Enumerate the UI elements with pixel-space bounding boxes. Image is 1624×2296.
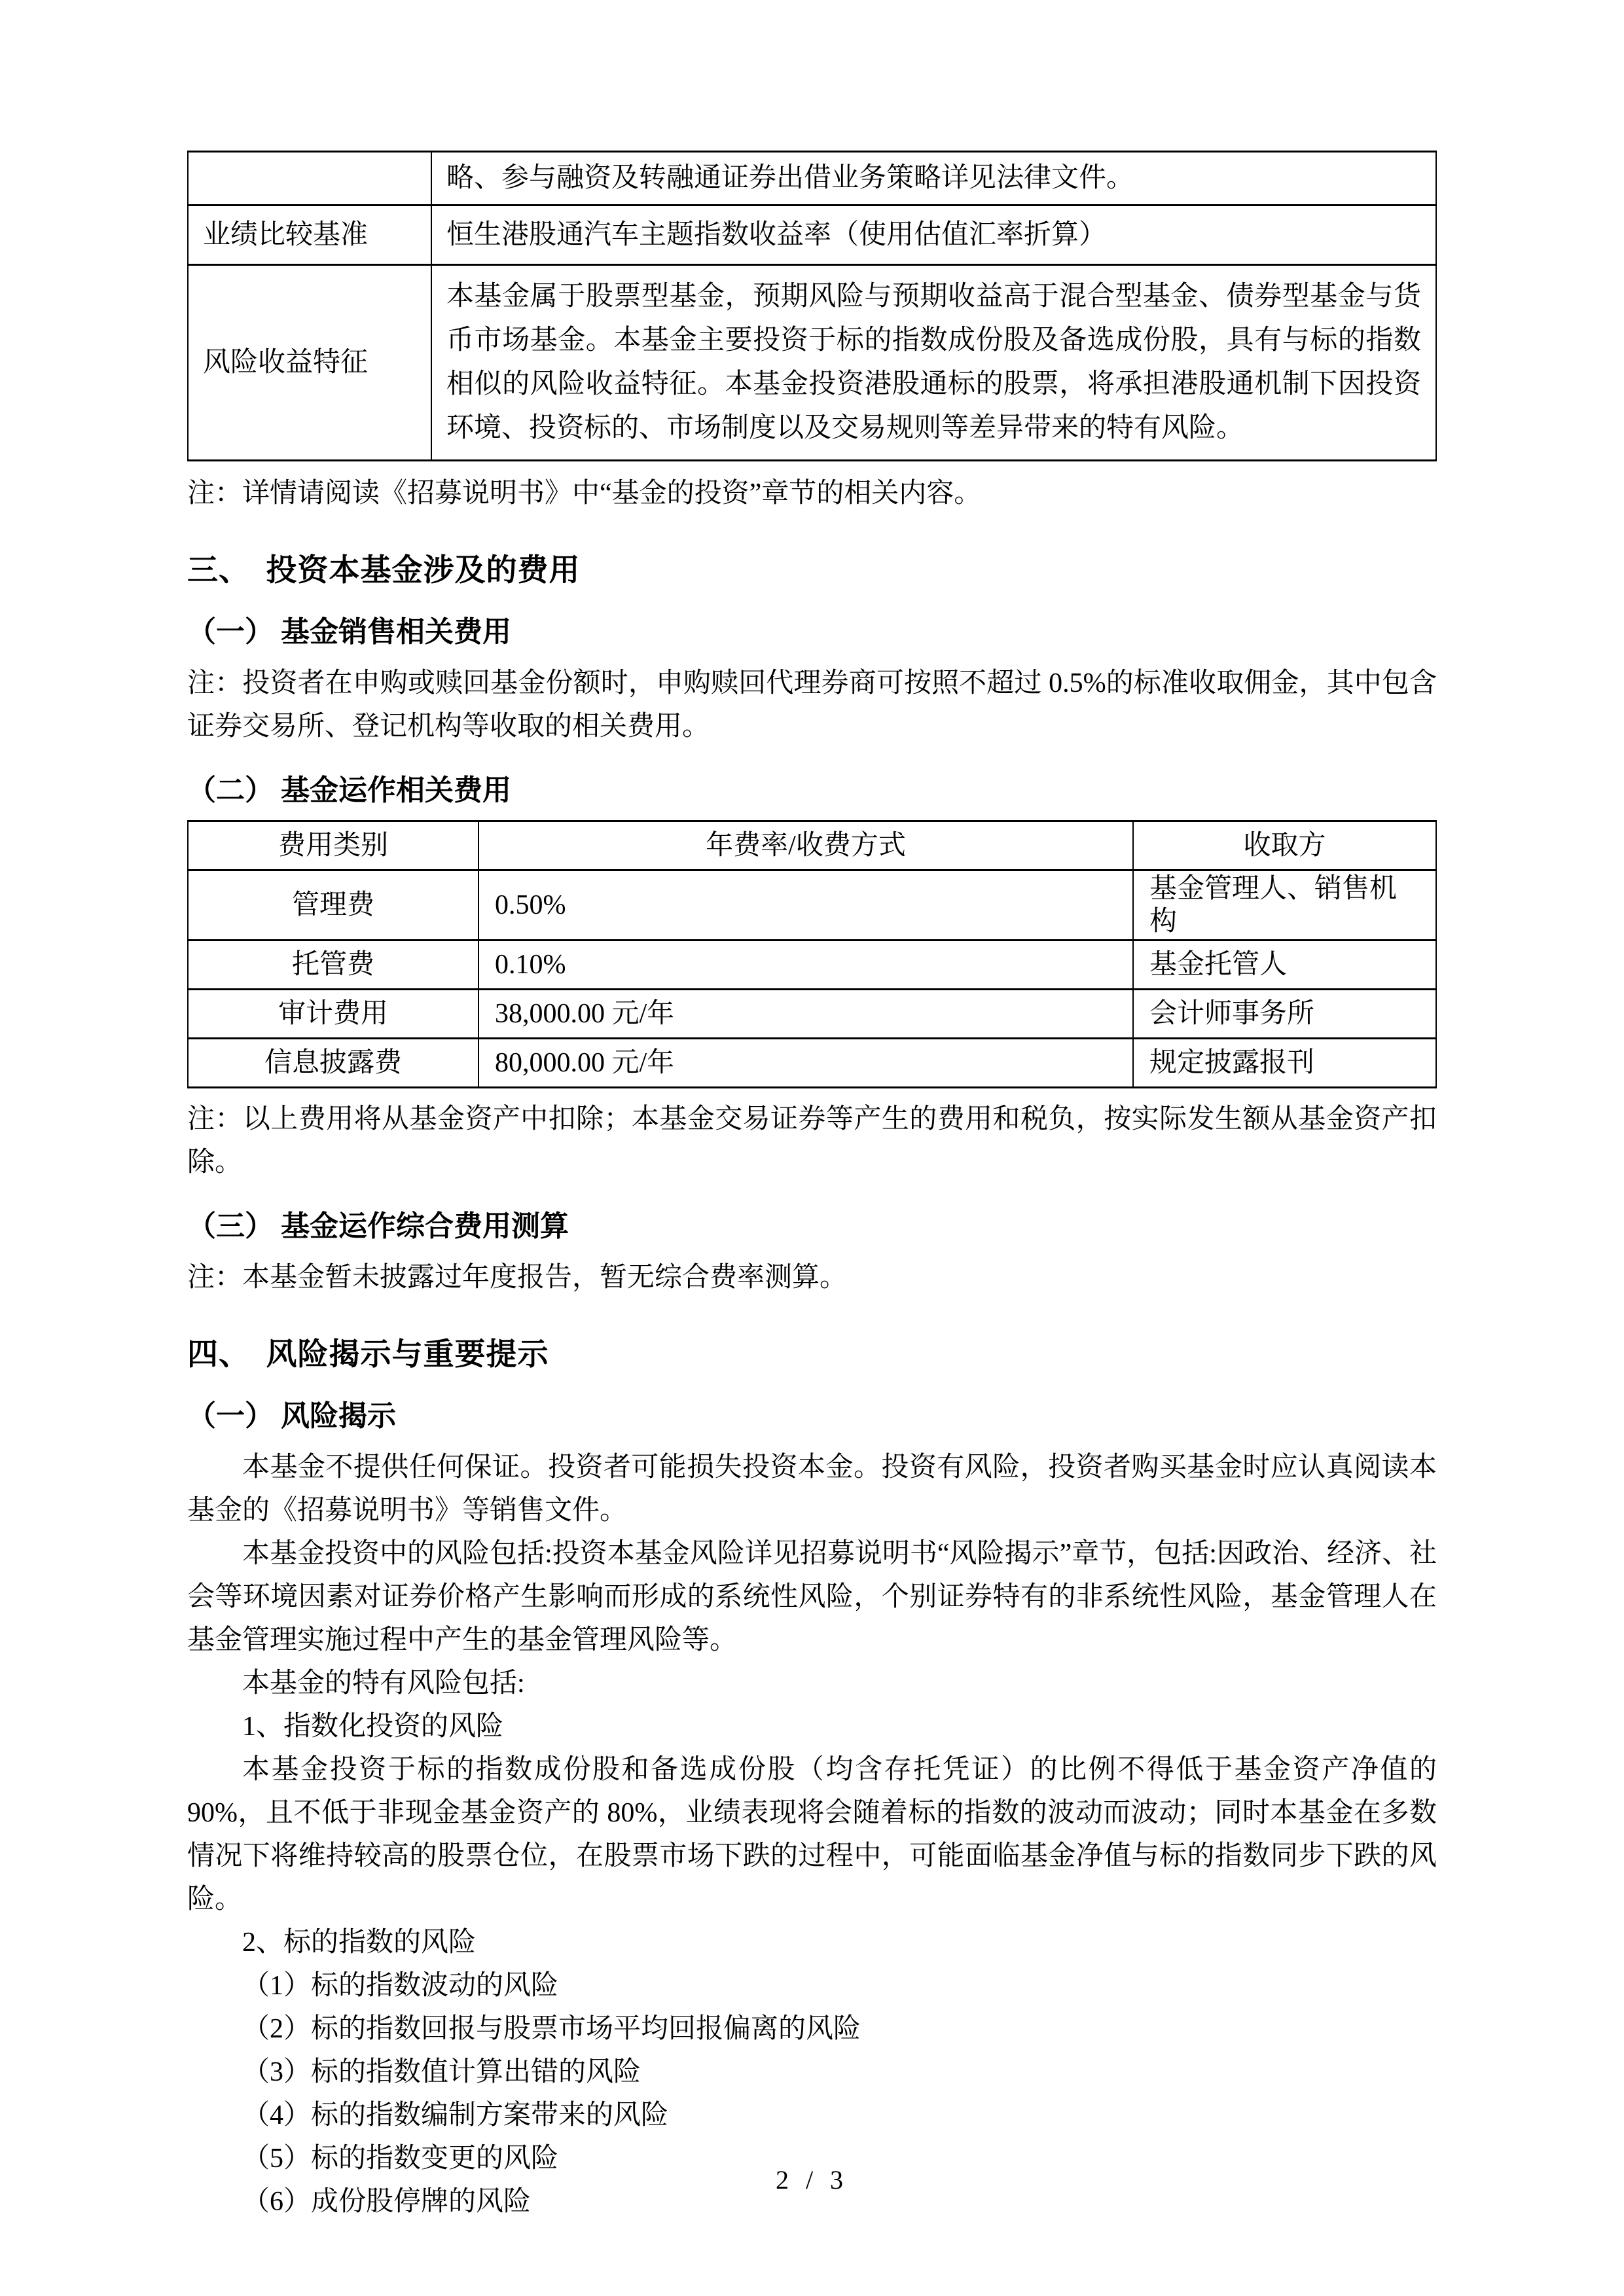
- fee-category-cell: 管理费: [188, 870, 478, 941]
- section3-sub3-heading: （三） 基金运作综合费用测算: [187, 1209, 1437, 1244]
- table-row: 风险收益特征 本基金属于股票型基金，预期风险与预期收益高于混合型基金、债券型基金…: [188, 265, 1436, 461]
- section4-sub1-heading: （一） 风险揭示: [187, 1399, 1437, 1434]
- risk-item-1: 1、指数化投资的风险: [187, 1705, 1437, 1748]
- fee-rate-cell: 0.10%: [478, 941, 1133, 990]
- note-investment-chapter: 注：详情请阅读《招募说明书》中“基金的投资”章节的相关内容。: [187, 472, 1437, 515]
- fee-category-cell: 信息披露费: [188, 1039, 478, 1088]
- fee-rate-cell: 80,000.00 元/年: [478, 1039, 1133, 1088]
- fee-collector-cell: 会计师事务所: [1133, 990, 1436, 1039]
- fee-collector-cell: 基金托管人: [1133, 941, 1436, 990]
- list-item: （1）标的指数波动的风险: [187, 1964, 1437, 2007]
- fund-info-table: 略、参与融资及转融通证券出借业务策略详见法律文件。 业绩比较基准 恒生港股通汽车…: [187, 151, 1437, 461]
- table-row: 托管费 0.10% 基金托管人: [188, 941, 1436, 990]
- fee-rate-cell: 38,000.00 元/年: [478, 990, 1133, 1039]
- table-row: 审计费用 38,000.00 元/年 会计师事务所: [188, 990, 1436, 1039]
- fee-category-cell: 托管费: [188, 941, 478, 990]
- table-row: 信息披露费 80,000.00 元/年 规定披露报刊: [188, 1039, 1436, 1088]
- fee-collector-cell: 基金管理人、销售机构: [1133, 870, 1436, 941]
- info-label-cell: 风险收益特征: [188, 265, 431, 461]
- section3-heading: 三、 投资本基金涉及的费用: [187, 552, 1437, 590]
- info-label-cell: [188, 152, 431, 206]
- document-page: 略、参与融资及转融通证券出借业务策略详见法律文件。 业绩比较基准 恒生港股通汽车…: [0, 0, 1624, 2296]
- list-item: （3）标的指数值计算出错的风险: [187, 2051, 1437, 2094]
- section4-heading: 四、 风险揭示与重要提示: [187, 1336, 1437, 1374]
- risk-item-2: 2、标的指数的风险: [187, 1921, 1437, 1964]
- fee-header-rate: 年费率/收费方式: [478, 821, 1133, 870]
- note-sales-fee: 注：投资者在申购或赎回基金份额时，申购赎回代理券商可按照不超过 0.5%的标准收…: [187, 662, 1437, 748]
- fee-header-category: 费用类别: [188, 821, 478, 870]
- info-value-cell: 恒生港股通汽车主题指数收益率（使用估值汇率折算）: [431, 206, 1436, 265]
- table-row: 管理费 0.50% 基金管理人、销售机构: [188, 870, 1436, 941]
- table-row: 业绩比较基准 恒生港股通汽车主题指数收益率（使用估值汇率折算）: [188, 206, 1436, 265]
- fee-rate-cell: 0.50%: [478, 870, 1133, 941]
- risk-paragraph: 本基金投资于标的指数成份股和备选成份股（均含存托凭证）的比例不得低于基金资产净值…: [187, 1748, 1437, 1921]
- risk-paragraph: 本基金的特有风险包括:: [187, 1662, 1437, 1705]
- note-fee-deduction: 注：以上费用将从基金资产中扣除；本基金交易证券等产生的费用和税负，按实际发生额从…: [187, 1098, 1437, 1184]
- section3-sub2-heading: （二） 基金运作相关费用: [187, 773, 1437, 808]
- table-header-row: 费用类别 年费率/收费方式 收取方: [188, 821, 1436, 870]
- info-label-cell: 业绩比较基准: [188, 206, 431, 265]
- risk-paragraph: 本基金不提供任何保证。投资者可能损失投资本金。投资有风险，投资者购买基金时应认真…: [187, 1446, 1437, 1532]
- info-value-cell: 略、参与融资及转融通证券出借业务策略详见法律文件。: [431, 152, 1436, 206]
- risk-paragraph: 本基金投资中的风险包括:投资本基金风险详见招募说明书“风险揭示”章节，包括:因政…: [187, 1532, 1437, 1662]
- section3-sub1-heading: （一） 基金销售相关费用: [187, 615, 1437, 650]
- fee-table: 费用类别 年费率/收费方式 收取方 管理费 0.50% 基金管理人、销售机构 托…: [187, 820, 1437, 1088]
- page-number: 2 / 3: [0, 2165, 1624, 2195]
- info-value-cell: 本基金属于股票型基金，预期风险与预期收益高于混合型基金、债券型基金与货币市场基金…: [431, 265, 1436, 461]
- fee-collector-cell: 规定披露报刊: [1133, 1039, 1436, 1088]
- list-item: （4）标的指数编制方案带来的风险: [187, 2094, 1437, 2137]
- table-row: 略、参与融资及转融通证券出借业务策略详见法律文件。: [188, 152, 1436, 206]
- fee-category-cell: 审计费用: [188, 990, 478, 1039]
- note-no-annual-report: 注：本基金暂未披露过年度报告，暂无综合费率测算。: [187, 1256, 1437, 1299]
- fee-header-collector: 收取方: [1133, 821, 1436, 870]
- list-item: （2）标的指数回报与股票市场平均回报偏离的风险: [187, 2007, 1437, 2051]
